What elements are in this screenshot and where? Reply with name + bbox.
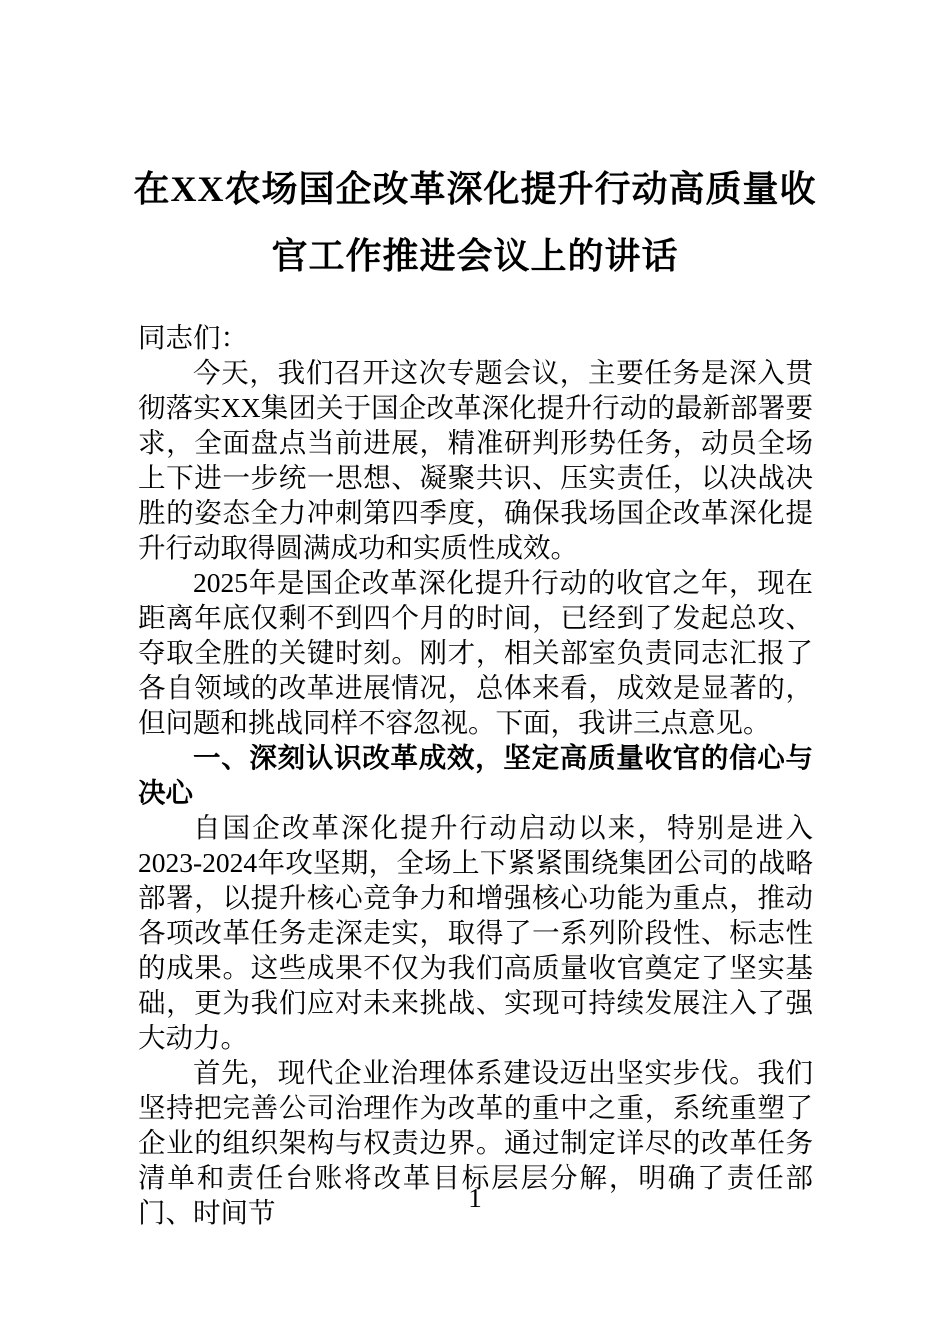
page-number: 1 xyxy=(0,1183,950,1213)
paragraph-opening: 今天，我们召开这次专题会议，主要任务是深入贯彻落实XX集团关于国企改革深化提升行… xyxy=(138,355,813,565)
paragraph-2025-situation: 2025年是国企改革深化提升行动的收官之年，现在距离年底仅剩不到四个月的时间，已… xyxy=(138,565,813,740)
document-body: 同志们： 今天，我们召开这次专题会议，主要任务是深入贯彻落实XX集团关于国企改革… xyxy=(0,290,950,1230)
section-heading-1: 一、深刻认识改革成效，坚定高质量收官的信心与决心 xyxy=(138,740,813,810)
document-page: 在XX农场国企改革深化提升行动高质量收官工作推进会议上的讲话 同志们： 今天，我… xyxy=(0,0,950,1344)
speech-title: 在XX农场国企改革深化提升行动高质量收官工作推进会议上的讲话 xyxy=(0,0,950,290)
paragraph-achievements: 自国企改革深化提升行动启动以来，特别是进入2023-2024年攻坚期，全场上下紧… xyxy=(138,810,813,1055)
salutation: 同志们： xyxy=(138,320,813,355)
